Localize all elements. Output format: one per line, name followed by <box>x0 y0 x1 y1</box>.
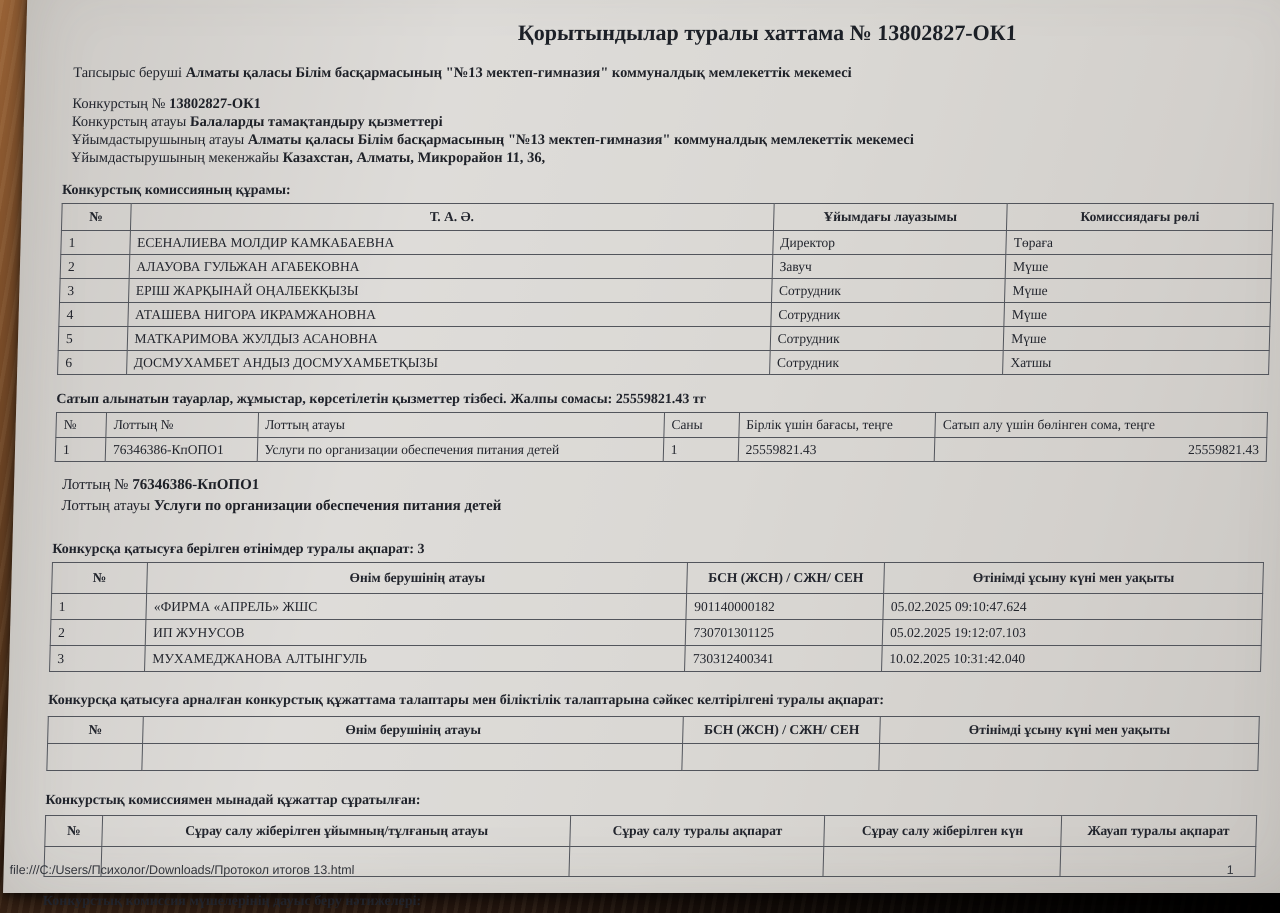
table-cell: ЕРІШ ЖАРҚЫНАЙ ОҢАЛБЕКҚЫЗЫ <box>128 279 772 303</box>
table-cell: 901140000182 <box>686 594 883 620</box>
commission-heading: Конкурстық комиссияның құрамы: <box>62 183 1274 199</box>
tender-info-block: Конкурстың № 13802827-ОК1 Конкурстың ата… <box>71 95 1277 167</box>
table-cell: 2 <box>50 620 146 646</box>
table-cell: ДОСМУХАМБЕТ АНДЫЗ ДОСМУХАМБЕТҚЫЗЫ <box>126 351 770 375</box>
customer-label: Тапсырыс беруші <box>73 65 182 81</box>
table-cell: МАТКАРИМОВА ЖУЛДЫЗ АСАНОВНА <box>127 327 771 351</box>
column-header: Сатып алу үшін бөлінген сома, теңге <box>935 413 1268 438</box>
table-cell: 1 <box>61 231 130 255</box>
lot-name-value: Услуги по организации обеспечения питани… <box>154 498 502 514</box>
table-cell: Мүше <box>1005 255 1271 279</box>
table-row: 6ДОСМУХАМБЕТ АНДЫЗ ДОСМУХАМБЕТҚЫЗЫСотруд… <box>58 351 1270 375</box>
column-header: Сұрау салу жіберілген ұйымның/тұлғаның а… <box>102 816 571 847</box>
tender-name-value: Балаларды тамақтандыру қызметтері <box>190 114 443 130</box>
procurement-table: №Лоттың №Лоттың атауыСаныБірлік үшін бағ… <box>55 412 1268 462</box>
table-header-row: №Сұрау салу жіберілген ұйымның/тұлғаның … <box>45 816 1257 847</box>
column-header: Жауап туралы ақпарат <box>1060 816 1256 847</box>
tender-name-label: Конкурстың атауы <box>72 114 187 130</box>
compliance-heading: Конкурсқа қатысуға арналған конкурстық қ… <box>48 693 1260 709</box>
organizer-name-label: Ұйымдастырушының атауы <box>71 132 244 148</box>
table-cell: ИП ЖУНУСОВ <box>145 620 686 646</box>
table-row: 4АТАШЕВА НИГОРА ИКРАМЖАНОВНАСотрудникМүш… <box>59 303 1271 327</box>
tender-number-line: Конкурстың № 13802827-ОК1 <box>72 95 1276 113</box>
table-cell <box>47 744 143 771</box>
column-header: № <box>61 204 130 231</box>
table-row: 176346386-КпОПО1Услуги по организации об… <box>55 438 1267 462</box>
table-cell <box>682 744 879 771</box>
table-cell: ЕСЕНАЛИЕВА МОЛДИР КАМКАБАЕВНА <box>129 231 773 255</box>
bids-table: №Өнім берушінің атауыБСН (ЖСН) / СЖН/ СЕ… <box>49 562 1264 672</box>
photo-of-document: 24.04.2025, 09:44 Қорытындылар туралы ха… <box>0 0 1280 913</box>
table-cell: 3 <box>50 646 146 672</box>
table-cell: Директор <box>772 231 1006 255</box>
lot-number-value: 76346386-КпОПО1 <box>132 477 259 493</box>
table-row: 2АЛАУОВА ГУЛЬЖАН АГАБЕКОВНАЗавучМүше <box>60 255 1272 279</box>
file-url: file:///C:/Users/Психолог/Downloads/Прот… <box>9 863 354 877</box>
column-header: Ұйымдағы лауазымы <box>773 204 1007 231</box>
tender-number-value: 13802827-ОК1 <box>169 96 261 112</box>
table-header-row: №Өнім берушінің атауыБСН (ЖСН) / СЖН/ СЕ… <box>52 563 1264 594</box>
table-header-row: №Лоттың №Лоттың атауыСаныБірлік үшін бағ… <box>56 413 1268 438</box>
column-header: Т. А. Ә. <box>130 204 774 231</box>
table-cell: 05.02.2025 19:12:07.103 <box>882 620 1262 646</box>
table-cell: 05.02.2025 09:10:47.624 <box>883 594 1263 620</box>
column-header: Бірлік үшін бағасы, теңге <box>738 413 935 438</box>
organizer-address-value: Казахстан, Алматы, Микрорайон 11, 36, <box>282 150 545 166</box>
page-title: Қорытындылар туралы хаттама № 13802827-О… <box>256 20 1279 46</box>
table-row: 3ЕРІШ ЖАРҚЫНАЙ ОҢАЛБЕКҚЫЗЫСотрудникМүше <box>60 279 1272 303</box>
table-cell: Мүше <box>1005 279 1271 303</box>
table-cell: 1 <box>51 594 147 620</box>
table-row: 2ИП ЖУНУСОВ73070130112505.02.2025 19:12:… <box>50 620 1262 646</box>
table-row: 1ЕСЕНАЛИЕВА МОЛДИР КАМКАБАЕВНАДиректорТө… <box>61 231 1273 255</box>
column-header: Сұрау салу туралы ақпарат <box>570 816 824 847</box>
customer-value: Алматы қаласы Білім басқармасының "№13 м… <box>185 65 851 81</box>
paper-sheet: 24.04.2025, 09:44 Қорытындылар туралы ха… <box>3 0 1280 893</box>
organizer-address-line: Ұйымдастырушының мекенжайы Казахстан, Ал… <box>71 149 1275 167</box>
table-cell: 10.02.2025 10:31:42.040 <box>882 646 1262 672</box>
column-header: Лоттың атауы <box>257 413 664 438</box>
table-cell: 4 <box>59 303 128 327</box>
table-cell: 1 <box>55 438 106 462</box>
document-content: 24.04.2025, 09:44 Қорытындылар туралы ха… <box>43 0 1280 910</box>
commission-table: №Т. А. Ә.Ұйымдағы лауазымыКомиссиядағы р… <box>57 203 1274 375</box>
column-header: Өнім берушінің атауы <box>147 563 688 594</box>
column-header: Саны <box>664 413 740 438</box>
table-row <box>47 744 1259 771</box>
table-cell: Услуги по организации обеспечения питани… <box>257 438 664 462</box>
table-header-row: №Өнім берушінің атауыБСН (ЖСН) / СЖН/ СЕ… <box>48 717 1260 744</box>
table-cell <box>142 744 683 771</box>
procurement-heading: Сатып алынатын тауарлар, жұмыстар, көрсе… <box>56 392 1268 408</box>
table-row: 5МАТКАРИМОВА ЖУЛДЫЗ АСАНОВНАСотрудникМүш… <box>58 327 1270 351</box>
column-header: Өтінімді ұсыну күні мен уақыты <box>884 563 1264 594</box>
bids-heading: Конкурсқа қатысуға берілген өтінімдер ту… <box>52 542 1264 558</box>
compliance-table: №Өнім берушінің атауыБСН (ЖСН) / СЖН/ СЕ… <box>46 716 1259 771</box>
table-cell: Мүше <box>1003 327 1269 351</box>
table-cell: 730312400341 <box>685 646 882 672</box>
tender-number-label: Конкурстың № <box>72 96 165 112</box>
column-header: № <box>52 563 148 594</box>
table-row: 1«ФИРМА «АПРЕЛЬ» ЖШС90114000018205.02.20… <box>51 594 1263 620</box>
table-cell: Мүше <box>1004 303 1270 327</box>
column-header: Лоттың № <box>106 413 258 438</box>
lot-number-label: Лоттың № <box>62 477 129 493</box>
table-cell: МУХАМЕДЖАНОВА АЛТЫНГУЛЬ <box>145 646 686 672</box>
column-header: Өнім берушінің атауы <box>143 717 684 744</box>
column-header: Сұрау салу жіберілген күн <box>824 816 1061 847</box>
table-cell: 25559821.43 <box>738 438 935 462</box>
table-cell: «ФИРМА «АПРЕЛЬ» ЖШС <box>146 594 687 620</box>
table-cell: 6 <box>58 351 127 375</box>
table-cell: 25559821.43 <box>934 438 1267 462</box>
tender-name-line: Конкурстың атауы Балаларды тамақтандыру … <box>72 113 1276 131</box>
lot-number-line: Лоттың № 76346386-КпОПО1 <box>62 476 1267 495</box>
column-header: № <box>56 413 107 438</box>
table-cell: 5 <box>58 327 127 351</box>
table-cell: 1 <box>663 438 738 462</box>
table-cell: 2 <box>60 255 129 279</box>
organizer-name-value: Алматы қаласы Білім басқармасының "№13 м… <box>248 132 914 148</box>
organizer-name-line: Ұйымдастырушының атауы Алматы қаласы Біл… <box>71 131 1275 149</box>
table-cell: Сотрудник <box>770 303 1004 327</box>
table-cell: Завуч <box>772 255 1006 279</box>
table-header-row: №Т. А. Ә.Ұйымдағы лауазымыКомиссиядағы р… <box>61 204 1273 231</box>
table-cell: АТАШЕВА НИГОРА ИКРАМЖАНОВНА <box>127 303 771 327</box>
table-cell: 730701301125 <box>686 620 883 646</box>
page-number: 1 <box>1227 863 1234 877</box>
lot-name-line: Лоттың атауы Услуги по организации обесп… <box>61 497 1266 516</box>
table-cell: АЛАУОВА ГУЛЬЖАН АГАБЕКОВНА <box>129 255 773 279</box>
lot-name-label: Лоттың атауы <box>61 498 150 514</box>
table-cell: Төраға <box>1006 231 1272 255</box>
column-header: Комиссиядағы рөлі <box>1007 204 1274 231</box>
table-cell: 76346386-КпОПО1 <box>105 438 257 462</box>
column-header: № <box>45 816 103 847</box>
browser-print-footer: file:///C:/Users/Психолог/Downloads/Прот… <box>9 863 1233 877</box>
column-header: БСН (ЖСН) / СЖН/ СЕН <box>687 563 884 594</box>
table-row: 3МУХАМЕДЖАНОВА АЛТЫНГУЛЬ73031240034110.0… <box>50 646 1262 672</box>
customer-line: Тапсырыс беруші Алматы қаласы Білім басқ… <box>73 64 1277 82</box>
table-cell: 3 <box>60 279 129 303</box>
column-header: Өтінімді ұсыну күні мен уақыты <box>880 717 1260 744</box>
table-cell: Сотрудник <box>771 279 1005 303</box>
column-header: № <box>48 717 144 744</box>
table-cell: Сотрудник <box>769 351 1003 375</box>
organizer-address-label: Ұйымдастырушының мекенжайы <box>71 150 279 166</box>
table-cell: Сотрудник <box>770 327 1004 351</box>
table-cell: Хатшы <box>1003 351 1269 375</box>
voting-heading: Конкурстық комиссия мүшелерінің дауыс бе… <box>43 894 1255 910</box>
table-cell <box>879 744 1259 771</box>
requests-heading: Конкурстық комиссиямен мынадай құжаттар … <box>45 793 1257 809</box>
column-header: БСН (ЖСН) / СЖН/ СЕН <box>683 717 880 744</box>
